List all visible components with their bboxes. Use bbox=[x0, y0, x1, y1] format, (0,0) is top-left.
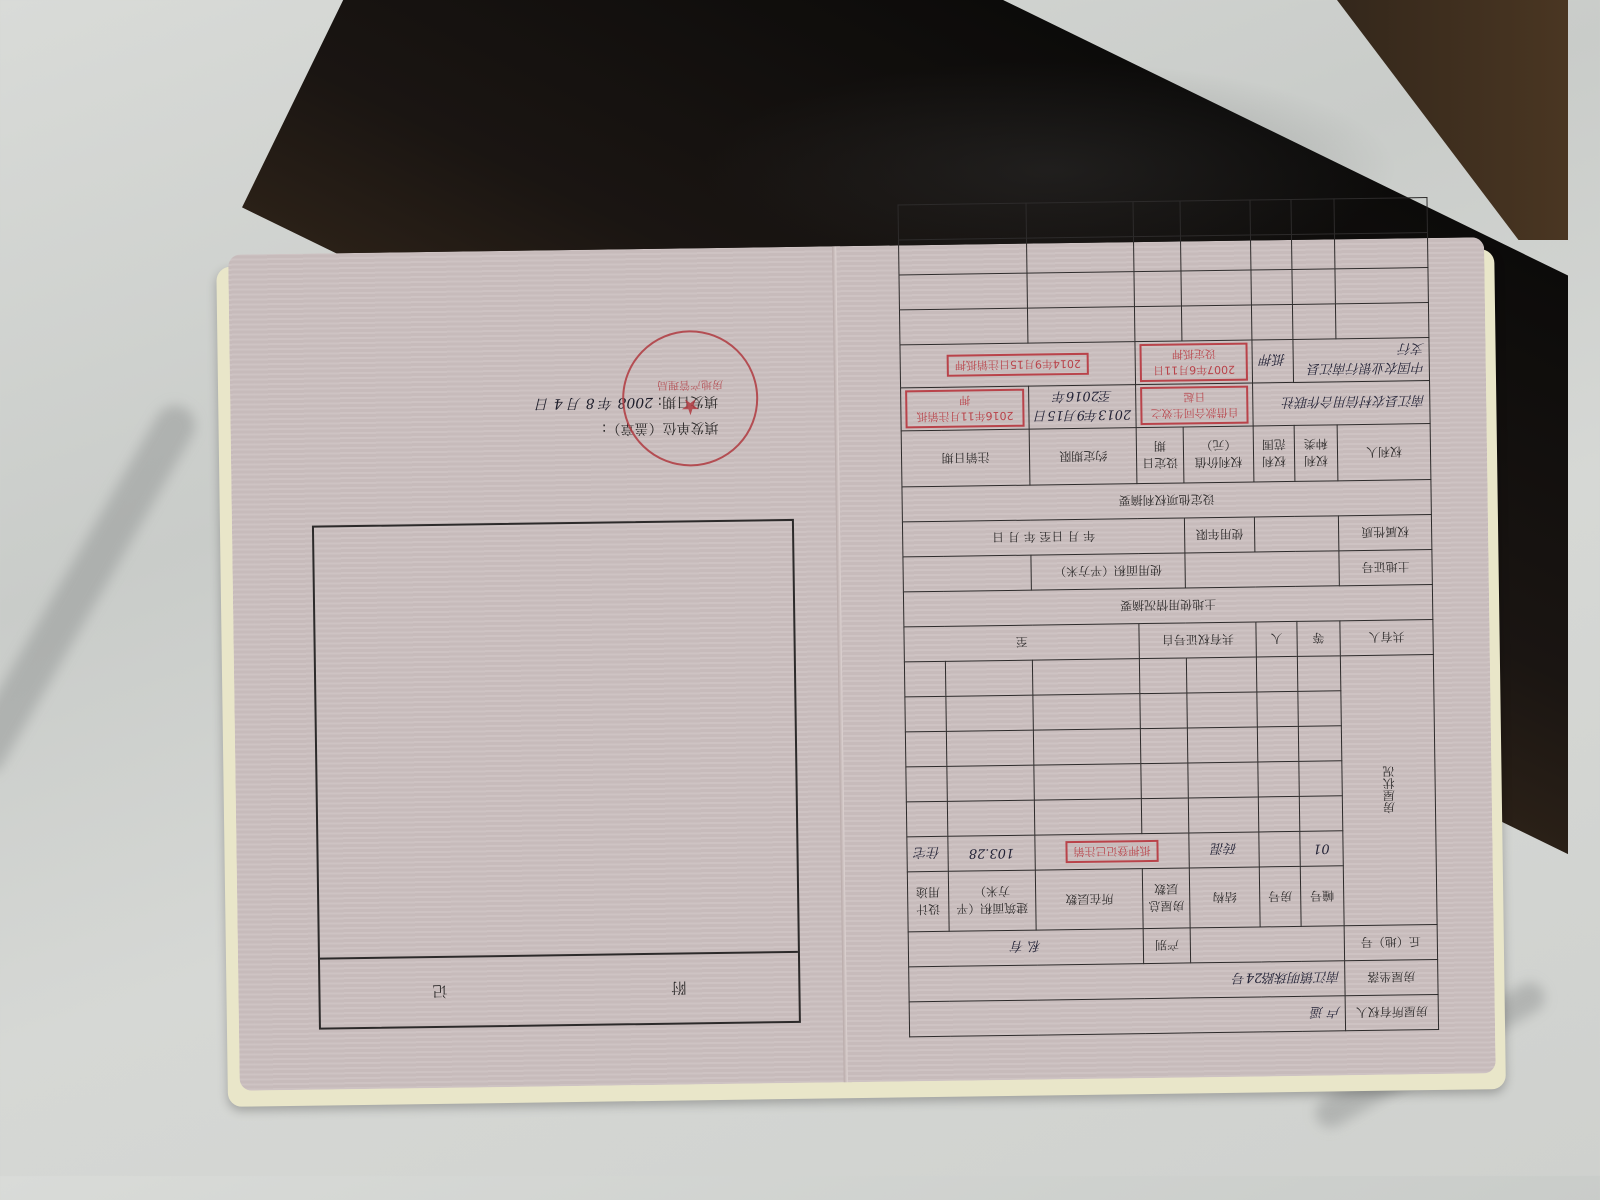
land-no-label: 丘（地）号 bbox=[1344, 924, 1437, 960]
term-value: 年 月 日至 年 月 日 bbox=[902, 518, 1184, 557]
official-seal: ★ 房地产管理局 bbox=[621, 329, 759, 467]
header-right-scope: 权利范围 bbox=[1253, 425, 1294, 482]
co-owner-cert-label: 共有权证号自 bbox=[1139, 622, 1256, 659]
annex-label: 附 bbox=[671, 978, 686, 999]
co-owner-count: 等 bbox=[1297, 621, 1341, 657]
other-rights-title: 设定他项权利摘要 bbox=[902, 480, 1431, 522]
land-cert-label: 土地证号 bbox=[1339, 550, 1432, 586]
owner-value: 卢 遥 bbox=[909, 996, 1345, 1037]
header-right-value: 权利价值（元） bbox=[1183, 426, 1254, 483]
cell-room-no bbox=[1259, 831, 1300, 867]
land-section-title: 土地使用情况摘要 bbox=[903, 585, 1432, 627]
annex-label: 记 bbox=[432, 981, 447, 1002]
cell-use: 住宅 bbox=[907, 836, 948, 872]
header-room-no: 房号 bbox=[1259, 866, 1300, 927]
house-status-table: 房屋所有权人 卢 遥 房屋坐落 南江镇明珠路24号 丘（地）号 产别 私 有 房… bbox=[898, 197, 1440, 1037]
co-owner-unit: 人 bbox=[1256, 621, 1297, 657]
house-status-label: 房屋状况 bbox=[1340, 655, 1437, 926]
header-area: 建筑面积（平方米） bbox=[948, 870, 1036, 931]
header-total-floors: 房屋总层数 bbox=[1143, 868, 1190, 929]
co-owner-label: 共有人 bbox=[1340, 620, 1433, 656]
term-label: 使用年限 bbox=[1184, 517, 1255, 553]
cell-building-no: 01 bbox=[1300, 831, 1344, 867]
rights-cancel-1: 2014年9月15日注销抵押 bbox=[900, 342, 1136, 388]
header-term: 约定期限 bbox=[1029, 428, 1137, 485]
header-floor: 所在层数 bbox=[1035, 869, 1143, 930]
star-icon: ★ bbox=[657, 393, 723, 419]
cancellation-stamp: 抵押登记已注销 bbox=[1065, 840, 1158, 863]
marble-vein bbox=[0, 398, 202, 782]
header-cancel-date: 注销日期 bbox=[901, 429, 1030, 487]
right-page: 房屋所有权人 卢 遥 房屋坐落 南江镇明珠路24号 丘（地）号 产别 私 有 房… bbox=[836, 237, 1496, 1082]
header-set-date: 设定日期 bbox=[1136, 427, 1183, 484]
left-page: 附 记 填发单位（盖章）: 填发日期: 2008 年 8 月 4 日 ★ 房地产… bbox=[228, 246, 848, 1090]
cell-structure: 砖混 bbox=[1189, 832, 1260, 868]
location-label: 房屋坐落 bbox=[1345, 959, 1438, 995]
use-area-label: 使用面积（平方米） bbox=[1031, 553, 1185, 590]
header-right-type: 权利种类 bbox=[1294, 425, 1338, 482]
owner-label: 房屋所有权人 bbox=[1345, 994, 1438, 1030]
header-use: 设计用途 bbox=[907, 871, 948, 932]
co-owner-to-label: 至 bbox=[904, 624, 1140, 662]
annex-box: 附 记 bbox=[312, 519, 801, 1030]
right-type-label: 权属性质 bbox=[1338, 515, 1431, 551]
header-holder: 权利人 bbox=[1337, 424, 1431, 481]
rights-stamp-1: 2007年6月11日设定抵押 bbox=[1135, 340, 1252, 385]
cell-area: 103.28 bbox=[947, 835, 1035, 871]
category-value: 私 有 bbox=[908, 929, 1144, 967]
rights-note-2: 2013年9月15日至2016年 bbox=[1029, 385, 1137, 429]
rights-stamp-2: 自借款合同生效之日起 bbox=[1136, 383, 1253, 428]
seal-text: 房地产管理局 bbox=[657, 377, 723, 394]
land-no-value bbox=[1190, 926, 1345, 963]
header-building-no: 幢号 bbox=[1300, 866, 1344, 927]
rights-type-1: 抵押 bbox=[1252, 339, 1293, 383]
category-label: 产别 bbox=[1143, 928, 1190, 964]
header-structure: 结构 bbox=[1189, 867, 1260, 928]
cell-stamp: 抵押登记已注销 bbox=[1035, 833, 1189, 870]
certificate-booklet: 附 记 填发单位（盖章）: 填发日期: 2008 年 8 月 4 日 ★ 房地产… bbox=[216, 231, 1506, 1109]
rights-holder-2: 南江县农村信用合作联社 bbox=[1253, 381, 1430, 426]
location-value: 南江镇明珠路24号 bbox=[909, 961, 1345, 1002]
rights-holder-1: 中国农业银行南江县支行 bbox=[1293, 338, 1430, 383]
rights-cancel-2: 2016年11月注销抵押 bbox=[901, 386, 1030, 431]
